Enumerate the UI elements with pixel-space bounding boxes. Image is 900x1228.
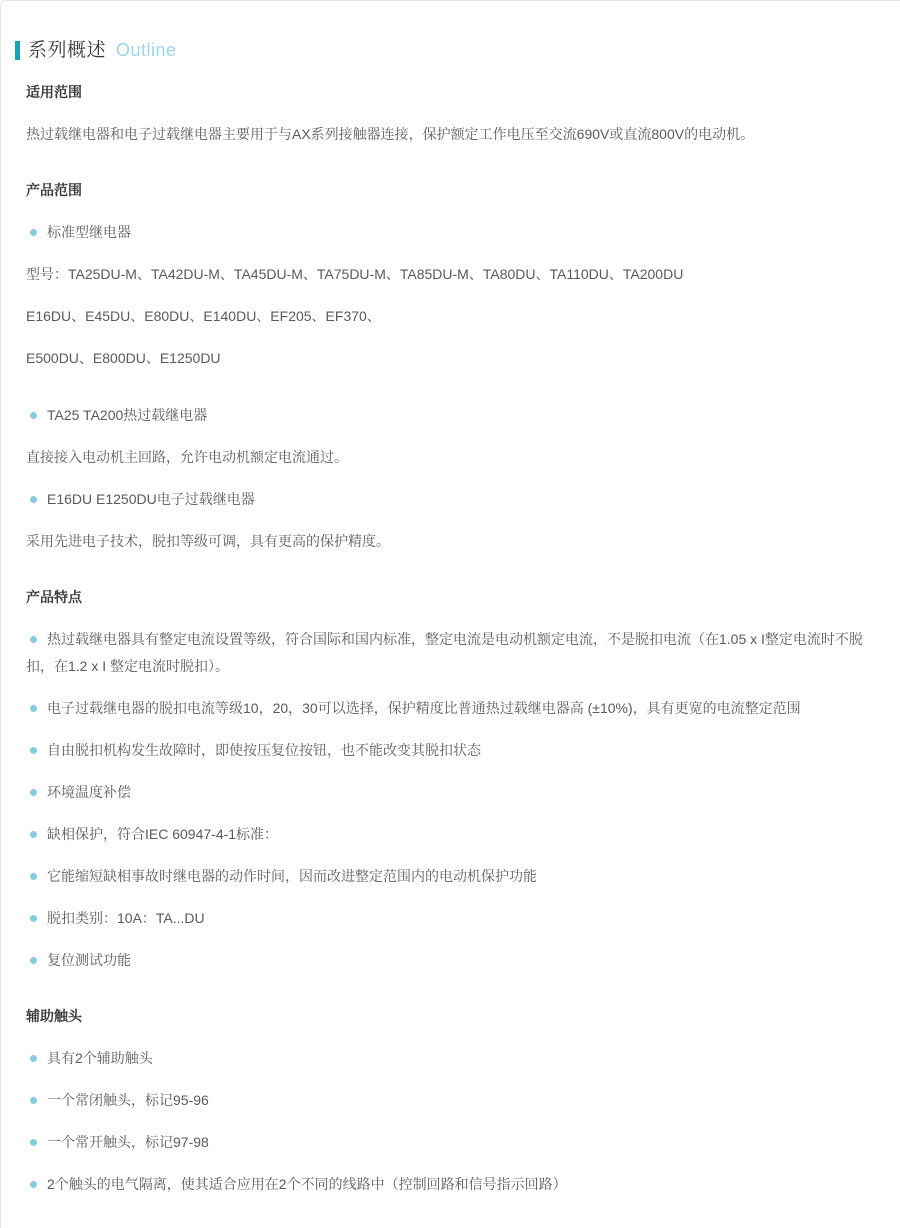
- bullet-dot-icon: [30, 915, 37, 922]
- bullet-dot-icon: [30, 229, 37, 236]
- bullet-item: E16DU E1250DU电子过载继电器: [26, 486, 875, 513]
- bullet-dot-icon: [30, 1139, 37, 1146]
- bullet-item: 一个常闭触头，标记95-96: [26, 1087, 875, 1114]
- bullet-item: 脱扣类别：10A：TA...DU: [26, 905, 875, 932]
- page-header: 系列概述 Outline: [15, 37, 875, 64]
- section: 辅助触头 具有2个辅助触头 一个常闭触头，标记95-96 一个常开触头，标记97…: [26, 1003, 875, 1198]
- bullet-item: 环境温度补偿: [26, 779, 875, 806]
- bullet-item: 自由脱扣机构发生故障时，即使按压复位按钮，也不能改变其脱扣状态: [26, 737, 875, 764]
- sections-root: 适用范围 热过载继电器和电子过载继电器主要用于与AX系列接触器连接，保护额定工作…: [26, 79, 875, 1198]
- bullet-item-text: 环境温度补偿: [47, 784, 131, 800]
- bullet-item: 具有2个辅助触头: [26, 1045, 875, 1072]
- bullet-item: TA25 TA200热过载继电器: [26, 402, 875, 429]
- bullet-item: 缺相保护，符合IEC 60947-4-1标准：: [26, 821, 875, 848]
- bullet-dot-icon: [30, 1097, 37, 1104]
- bullet-item-text: 自由脱扣机构发生故障时，即使按压复位按钮，也不能改变其脱扣状态: [47, 742, 481, 758]
- section-heading: 辅助触头: [26, 1003, 875, 1030]
- page-title: 系列概述: [28, 37, 106, 64]
- bullet-dot-icon: [30, 1181, 37, 1188]
- accent-bar-icon: [15, 41, 20, 60]
- bullet-item-text: 复位测试功能: [47, 952, 131, 968]
- paragraph-line: 型号：TA25DU-M、TA42DU-M、TA45DU-M、TA75DU-M、T…: [26, 261, 875, 288]
- bullet-item-text: 热过载继电器具有整定电流设置等级，符合国际和国内标准，整定电流是电动机额定电流，…: [26, 631, 863, 674]
- bullet-item: 2个触头的电气隔离，使其适合应用在2个不同的线路中（控制回路和信号指示回路）: [26, 1171, 875, 1198]
- bullet-dot-icon: [30, 412, 37, 419]
- bullet-dot-icon: [30, 747, 37, 754]
- document-card: 系列概述 Outline 适用范围 热过载继电器和电子过载继电器主要用于与AX系…: [0, 0, 900, 1228]
- bullet-dot-icon: [30, 636, 37, 643]
- bullet-item-text: 缺相保护，符合IEC 60947-4-1标准：: [47, 826, 278, 842]
- section: 适用范围 热过载继电器和电子过载继电器主要用于与AX系列接触器连接，保护额定工作…: [26, 79, 875, 148]
- paragraph-line: 直接接入电动机主回路，允许电动机额定电流通过。: [26, 444, 875, 471]
- bullet-item: 一个常开触头，标记97-98: [26, 1129, 875, 1156]
- section-heading: 产品特点: [26, 584, 875, 611]
- section-heading: 适用范围: [26, 79, 875, 106]
- paragraph-line: 热过载继电器和电子过载继电器主要用于与AX系列接触器连接，保护额定工作电压至交流…: [26, 121, 875, 148]
- section: 产品范围 标准型继电器 型号：TA25DU-M、TA42DU-M、TA45DU-…: [26, 177, 875, 555]
- paragraph-line: E16DU、E45DU、E80DU、E140DU、EF205、EF370、: [26, 303, 875, 330]
- bullet-item-text: 脱扣类别：10A：TA...DU: [47, 910, 205, 926]
- bullet-item-text: 一个常开触头，标记97-98: [47, 1134, 209, 1150]
- bullet-item-text: 它能缩短缺相事故时继电器的动作时间，因而改进整定范围内的电动机保护功能: [47, 868, 537, 884]
- bullet-dot-icon: [30, 873, 37, 880]
- bullet-item: 它能缩短缺相事故时继电器的动作时间，因而改进整定范围内的电动机保护功能: [26, 863, 875, 890]
- bullet-item-text: 具有2个辅助触头: [47, 1050, 153, 1066]
- section-heading: 产品范围: [26, 177, 875, 204]
- bullet-dot-icon: [30, 1055, 37, 1062]
- bullet-item-text: 电子过载继电器的脱扣电流等级10，20，30可以选择，保护精度比普通热过载继电器…: [47, 700, 801, 716]
- bullet-item-text: TA25 TA200热过载继电器: [47, 407, 207, 423]
- bullet-item-text: 2个触头的电气隔离，使其适合应用在2个不同的线路中（控制回路和信号指示回路）: [47, 1176, 567, 1192]
- bullet-item-text: 标准型继电器: [47, 224, 131, 240]
- bullet-item: 电子过载继电器的脱扣电流等级10，20，30可以选择，保护精度比普通热过载继电器…: [26, 695, 875, 722]
- bullet-item: 热过载继电器具有整定电流设置等级，符合国际和国内标准，整定电流是电动机额定电流，…: [26, 626, 875, 680]
- bullet-item-text: 一个常闭触头，标记95-96: [47, 1092, 209, 1108]
- bullet-dot-icon: [30, 789, 37, 796]
- paragraph-line: 采用先进电子技术，脱扣等级可调，具有更高的保护精度。: [26, 528, 875, 555]
- section: 产品特点 热过载继电器具有整定电流设置等级，符合国际和国内标准，整定电流是电动机…: [26, 584, 875, 974]
- bullet-dot-icon: [30, 705, 37, 712]
- bullet-item-text: E16DU E1250DU电子过载继电器: [47, 491, 255, 507]
- bullet-dot-icon: [30, 496, 37, 503]
- bullet-item: 复位测试功能: [26, 947, 875, 974]
- paragraph-line: E500DU、E800DU、E1250DU: [26, 345, 875, 372]
- document-content: 系列概述 Outline 适用范围 热过载继电器和电子过载继电器主要用于与AX系…: [1, 1, 900, 1198]
- page-title-en: Outline: [116, 37, 177, 64]
- bullet-dot-icon: [30, 831, 37, 838]
- bullet-dot-icon: [30, 957, 37, 964]
- bullet-item: 标准型继电器: [26, 219, 875, 246]
